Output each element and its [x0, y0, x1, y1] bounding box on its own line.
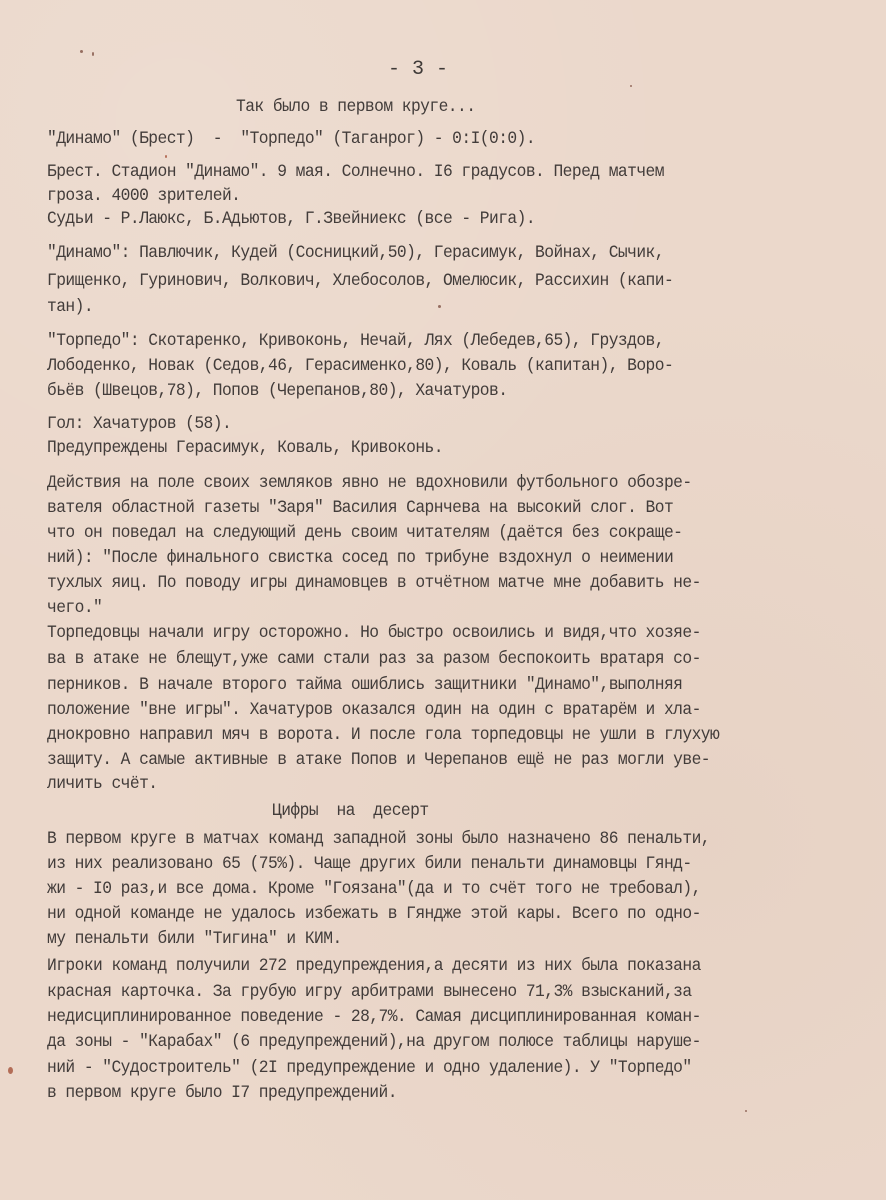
penalties-line: ни одной команде не удалось избежать в Г…: [47, 903, 701, 925]
lineup-torpedo-line: Лободенко, Новак (Седов,46, Герасименко,…: [47, 355, 673, 377]
report-line: перников. В начале второго тайма ошиблис…: [47, 674, 682, 696]
lineup-dinamo-line: тан).: [47, 296, 93, 318]
cards-line: красная карточка. За грубую игру арбитра…: [47, 981, 692, 1003]
report-line: положение "вне игры". Хачатуров оказался…: [47, 699, 701, 721]
report-line: Торпедовцы начали игру осторожно. Но быс…: [47, 622, 701, 644]
cards-line: Игроки команд получили 272 предупреждени…: [47, 955, 701, 977]
paper-speck: [80, 50, 83, 53]
commentary-line: Действия на поле своих земляков явно не …: [47, 472, 692, 494]
paper-speck: [165, 155, 167, 158]
commentary-line: чего.": [47, 597, 102, 619]
lineup-dinamo-line: "Динамо": Павлючик, Кудей (Сосницкий,50)…: [47, 242, 664, 264]
match-details-line: гроза. 4000 зрителей.: [47, 185, 240, 207]
paper-speck: [92, 52, 94, 56]
commentary-line: тухлых яиц. По поводу игры динамовцев в …: [47, 572, 701, 594]
match-referees: Судьи - Р.Лаюкс, Б.Адьютов, Г.Звейниекс …: [47, 208, 535, 230]
paper-speck: [745, 1110, 747, 1112]
cards-line: ний - "Судостроитель" (2I предупреждение…: [47, 1057, 692, 1079]
goal-scorer: Гол: Хачатуров (58).: [47, 413, 231, 435]
typewritten-page: - 3 - Так было в первом круге... "Динамо…: [0, 0, 886, 1200]
lineup-dinamo-line: Грищенко, Гуринович, Волкович, Хлебосоло…: [47, 270, 673, 292]
match-details-line: Брест. Стадион "Динамо". 9 мая. Солнечно…: [47, 161, 664, 183]
penalties-line: В первом круге в матчах команд западной …: [47, 828, 710, 850]
match-result: "Динамо" (Брест) - "Торпедо" (Таганрог) …: [47, 128, 535, 150]
paper-speck: [630, 85, 632, 87]
warned-players: Предупреждены Герасимук, Коваль, Кривоко…: [47, 437, 443, 459]
cards-line: недисциплинированное поведение - 28,7%. …: [47, 1006, 701, 1028]
cards-line: да зоны - "Карабах" (6 предупреждений),н…: [47, 1031, 701, 1053]
report-line: личить счёт.: [47, 773, 158, 795]
commentary-line: ний): "После финального свистка сосед по…: [47, 547, 673, 569]
page-number: - 3 -: [388, 58, 448, 81]
penalties-line: из них реализовано 65 (75%). Чаще других…: [47, 853, 692, 875]
lineup-torpedo-line: бьёв (Швецов,78), Попов (Черепанов,80), …: [47, 380, 507, 402]
commentary-line: вателя областной газеты "Заря" Василия С…: [47, 497, 673, 519]
commentary-line: что он поведал на следующий день своим ч…: [47, 522, 682, 544]
report-line: защиту. А самые активные в атаке Попов и…: [47, 749, 710, 771]
report-line: днокровно направил мяч в ворота. И после…: [47, 724, 719, 746]
penalties-line: жи - I0 раз,и все дома. Кроме "Гоязана"(…: [47, 878, 701, 900]
stats-title: Цифры на десерт: [272, 801, 429, 821]
lineup-torpedo-line: "Торпедо": Скотаренко, Кривоконь, Нечай,…: [47, 330, 664, 352]
paper-speck: [438, 305, 441, 308]
penalties-line: му пенальти били "Тигина" и КИМ.: [47, 928, 342, 950]
cards-line: в первом круге было I7 предупреждений.: [47, 1082, 397, 1104]
paper-speck: [8, 1067, 13, 1074]
section-title: Так было в первом круге...: [236, 97, 475, 117]
report-line: ва в атаке не блещут,уже сами стали раз …: [47, 648, 701, 670]
